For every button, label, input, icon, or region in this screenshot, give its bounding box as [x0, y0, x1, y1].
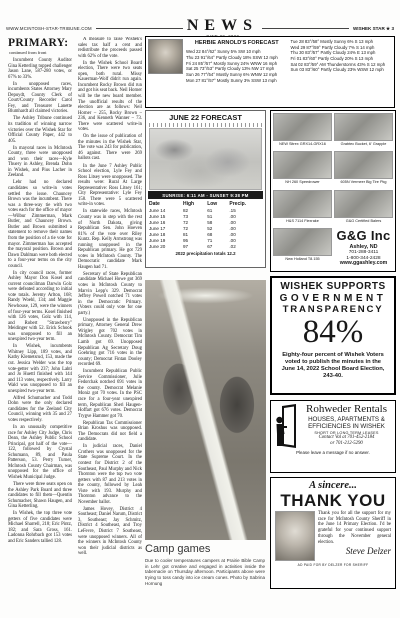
equipment-photo [273, 228, 332, 256]
equipment-listing: New Holland T8.155 [273, 228, 332, 269]
herbie-arnold-photo [148, 39, 183, 74]
equipment-caption: G&G Certified Balers [346, 219, 381, 223]
article-paragraph: Republican Tax Commissioner Brian Kroshu… [78, 421, 142, 443]
article-paragraph: On the issue of publication of the minut… [78, 134, 142, 162]
article-paragraph: Secretary of State Republican candidate … [78, 272, 142, 316]
transparency-headline-1: WISHEK SUPPORTS [272, 282, 394, 293]
rohweder-name: Rohweder Rentals [301, 404, 392, 416]
camp-games-title: Camp games [145, 543, 210, 555]
section-title: NEWS [187, 18, 258, 34]
thank-you-title: THANK YOU [275, 492, 391, 509]
article-title: PRIMARY: [8, 37, 72, 49]
gg-contact-block: G&G Inc Ashley, ND 701-288-3411 1-800-34… [334, 228, 393, 269]
article-paragraph: In Wishek, incumbents Whitney Lipp, 189 … [8, 344, 72, 394]
equipment-caption: New Holland T8.155 [285, 257, 319, 261]
equipment-listing: 605N Vermeer Big Tire Pkg [334, 151, 393, 187]
equipment-caption: Grabtec Bucket, 6' Grapple [341, 142, 387, 146]
article-paragraph: Incumbent Republican Public Service Comm… [78, 369, 142, 419]
us-weather-map [149, 128, 262, 190]
equipment-caption: 605N Vermeer Big Tire Pkg [340, 180, 386, 184]
article-paragraph: In the Wishek School Board election, The… [78, 61, 142, 133]
equipment-photo [273, 113, 332, 141]
forecast-entry: Thu 23 91°/64° Partly Cloudy 18% SSW 12 … [186, 55, 288, 61]
article-paragraph: Lehr had no declared candidates so write… [8, 180, 72, 269]
cell-precip: .02 [228, 244, 263, 250]
cell-high: 97 [182, 244, 206, 250]
map-cities-strip [149, 123, 262, 127]
camp-games-photo [145, 280, 266, 540]
thank-you-body: Thank you for all the support for my rac… [318, 511, 391, 545]
article-paragraph: The Ashley Tribune continued its traditi… [8, 116, 72, 144]
rohweder-line-1: HOUSES, APARTMENTS & [301, 416, 392, 423]
newspaper-page: WWW.MCINTOSH-STAR-TRIBUNE.COM NEWS JUNE … [0, 0, 400, 618]
equipment-listing: G&G Certified Balers [334, 190, 393, 226]
rohweder-note: Please leave a message if no answer. [274, 450, 392, 455]
steve-delzer-photo [275, 511, 315, 561]
equipment-listing: Grabtec Bucket, 6' Grapple [334, 113, 393, 149]
thank-you-row: Thank you for all the support for my rac… [275, 511, 391, 561]
forecast-title: HERBIE ARNOLD'S FORECAST [186, 40, 288, 47]
transparency-ad: WISHEK SUPPORTS GOVERNMENT TRANSPARENCY … [270, 276, 396, 395]
equipment-listing: H&S 7114 Flexrake [273, 190, 332, 226]
thank-you-intro: A sincere... [275, 481, 391, 492]
equipment-photo [273, 190, 332, 218]
equipment-listing: NH 260 Speedrower [273, 151, 332, 187]
precip-totals: 2022 precipitation totals 12.2 [148, 251, 263, 256]
article-paragraph: Alfred Schumacher and Todd Dohn were the… [8, 396, 72, 424]
col-header-low: Low [206, 201, 228, 208]
col-header-high: High [182, 201, 206, 208]
forecast-box: HERBIE ARNOLD'S FORECAST Wed 22 84°/62° … [145, 36, 395, 108]
june-forecast-title: JUNE 22 FORECAST [148, 113, 263, 122]
article-paragraph: In an unusually competitive race for Ash… [8, 425, 72, 480]
thank-you-text-block: Thank you for all the support for my rac… [318, 511, 391, 561]
signature: Steve Delzer [318, 546, 391, 556]
cell-date: June 20 [148, 244, 182, 250]
masthead-rule-left [96, 28, 183, 29]
article-paragraph: Unopposed in the Republican primary, Att… [78, 318, 142, 368]
article-paragraph: Incumbent County Auditor Gina Ketterling… [8, 58, 72, 80]
thank-you-ad: A sincere... THANK YOU Thank you for all… [270, 477, 396, 589]
ad-disclaimer: AD PAID FOR BY DELZER FOR SHERIFF [275, 563, 391, 567]
equipment-photo [273, 151, 332, 179]
gg-logo-text: G&G Inc [336, 229, 390, 244]
equipment-listing: NEW Sitrex GRX14-GRX16 [273, 113, 332, 149]
article-paragraph: A measure to raise Wishek's sales tax ha… [78, 37, 142, 59]
climate-table: Date High Low Precip. June 14 82 61 .15 … [148, 201, 263, 250]
page-number-label: WISHEK STAR ★ 3 [353, 26, 394, 32]
gg-website: www.ggashley.com [340, 261, 388, 267]
table-row: June 20 97 67 .02 [148, 244, 263, 250]
climate-table-header-row: Date High Low Precip. [148, 201, 263, 208]
article-continued-note: continued from front [9, 50, 72, 55]
article-paragraph: In mayoral races in McIntosh County, thr… [8, 146, 72, 179]
forecast-entry: Sun 26 77°/54° Mostly Sunny 6% WNW 12 mp… [186, 72, 288, 78]
june-forecast-box: JUNE 22 FORECAST SUNRISE: 6:11 AM - SUNS… [145, 110, 266, 268]
forecast-entry: Mon 27 81°/57° Mostly Sunny 3% SSW 13 mp… [186, 78, 288, 84]
article-paragraph: James Hovey, District 4 Southeast; Danie… [78, 507, 142, 557]
transparency-stat: 84% [272, 316, 394, 350]
rohweder-text: Rohweder Rentals HOUSES, APARTMENTS & EF… [301, 404, 392, 448]
equipment-caption: NH 260 Speedrower [285, 180, 319, 184]
rohweder-contact-2: or 701-212-5290 [301, 441, 392, 447]
camp-games-caption: Due to cooler temperatures campers at Pr… [145, 558, 265, 586]
article-paragraph: In statewide races, McIntosh County was … [78, 209, 142, 270]
equipment-photo [334, 190, 393, 218]
equipment-caption: NEW Sitrex GRX14-GRX16 [279, 142, 326, 146]
site-url: WWW.MCINTOSH-STAR-TRIBUNE.COM [6, 26, 92, 31]
cell-low: 67 [206, 244, 228, 250]
masthead-rule-right [262, 28, 349, 29]
article-paragraph: In judicial races, Daniel Crothers was u… [78, 444, 142, 505]
article-paragraph: There were three seats open on the Ashle… [8, 482, 72, 510]
forecast-column-right: Tue 28 83°/58° Mostly Sunny 6% S 13 mph … [291, 39, 393, 105]
col-header-precip: Precip. [228, 201, 263, 208]
primary-article: PRIMARY: continued from front Incumbent … [8, 37, 142, 599]
door-person-icon [274, 404, 298, 448]
article-paragraph: In city council races, former Ashley May… [8, 271, 72, 343]
forecast-entry: Sun 03 83°/60° Partly Cloudy 23% WSW 12 … [291, 67, 393, 73]
col-header-date: Date [148, 201, 182, 208]
gg-inc-ad: NEW Sitrex GRX14-GRX16 Grabtec Bucket, 6… [270, 110, 396, 272]
rohweder-row: Rohweder Rentals HOUSES, APARTMENTS & EF… [274, 404, 392, 448]
transparency-headline-2: GOVERNMENT [272, 293, 394, 305]
article-paragraph: In unopposed races, incumbents States At… [8, 82, 72, 115]
equipment-caption: H&S 7114 Flexrake [286, 219, 319, 223]
sunrise-sunset-bar: SUNRISE: 6:11 AM - SUNSET 9:38 PM [148, 191, 263, 199]
equipment-photo [334, 151, 393, 179]
article-paragraph: In the June 7 Ashley Public School elect… [78, 164, 142, 208]
article-paragraph: In Wishek, the top three vote getters of… [8, 511, 72, 544]
rohweder-rentals-ad: Rohweder Rentals HOUSES, APARTMENTS & EF… [270, 400, 396, 473]
equipment-photo [334, 113, 393, 141]
rohweder-line-2: EFFICIENCIES IN WISHEK [301, 423, 392, 430]
transparency-body: Eighty-four percent of Wishek Voters vot… [272, 352, 394, 381]
forecast-column-left: HERBIE ARNOLD'S FORECAST Wed 22 84°/62° … [186, 39, 288, 105]
